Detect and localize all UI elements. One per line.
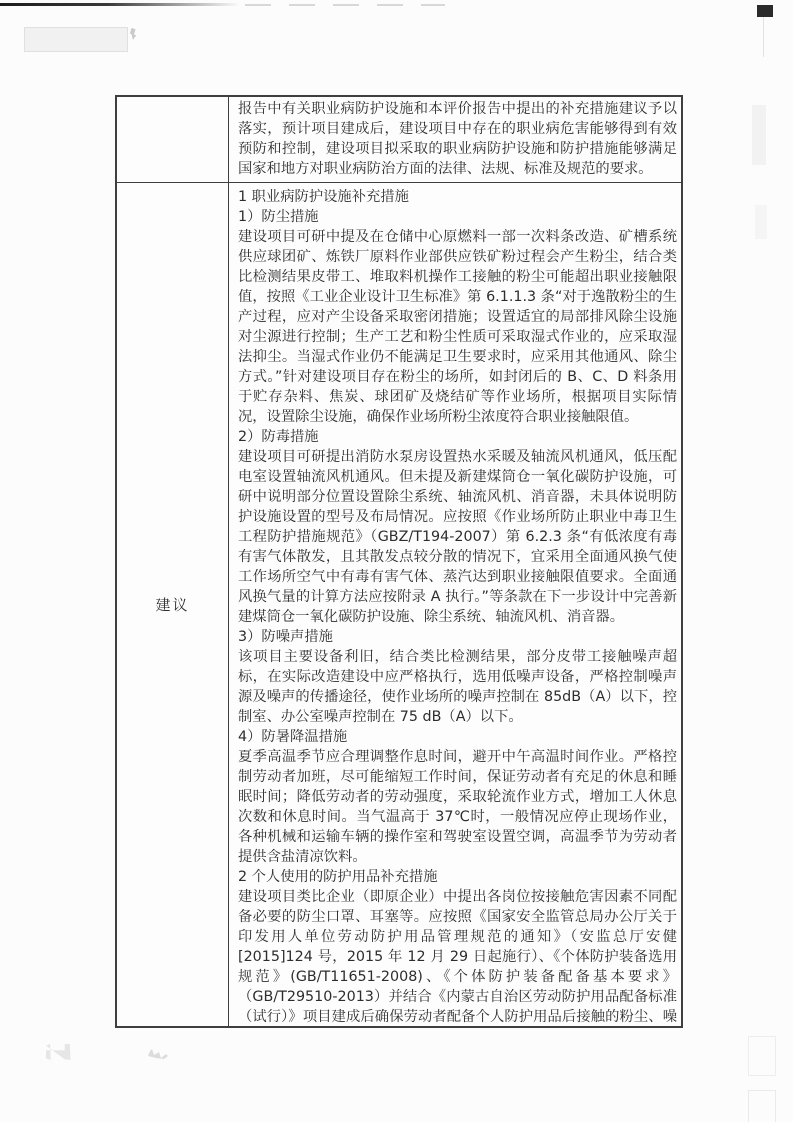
paragraph: 该项目主要设备利旧，结合类比检测结果，部分皮带工接触噪声超标，在实际改造建设中应…: [238, 647, 677, 727]
scan-smudge: [752, 105, 766, 165]
paragraph: 建设项目类比企业（即原企业）中提出各岗位按接触危害因素不同配备必要的防尘口罩、耳…: [238, 887, 677, 1026]
report-table: 报告中有关职业病防护设施和本评价报告中提出的补充措施建议予以落实，预计项目建成后…: [115, 95, 683, 1028]
scan-smudge-box: [748, 1090, 776, 1122]
registration-mark-tail: [763, 17, 764, 57]
scan-edge-line: [0, 3, 240, 6]
faded-stamp: [24, 27, 128, 52]
paragraph: 1）防尘措施: [238, 207, 677, 227]
faded-stamp-speck: [130, 28, 137, 40]
registration-square-mark: [757, 5, 773, 17]
paragraph: 1 职业病防护设施补充措施: [238, 187, 677, 207]
paragraph: 4）防暑降温措施: [238, 727, 677, 747]
paragraph: 2）防毒措施: [238, 427, 677, 447]
paragraph: 2 个人使用的防护用品补充措施: [238, 867, 677, 887]
scan-edge-line-faint: [245, 4, 445, 6]
scan-smudge: [755, 205, 767, 239]
table-row2-label-cell: 建议: [117, 183, 229, 1026]
row2-label-suggestion: 建议: [155, 594, 189, 615]
scan-smudge-box: [748, 1036, 776, 1076]
faded-page-number-smudge: [46, 1044, 80, 1060]
paragraph: 建设项目可研提出消防水泵房设置热水采暖及轴流风机通风，低压配电室设置轴流风机通风…: [238, 447, 677, 627]
paragraph: 夏季高温季节应合理调整作息时间，避开中午高温时间作业。严格控制劳动者加班，尽可能…: [238, 747, 677, 867]
paragraph: 3）防噪声措施: [238, 627, 677, 647]
conclusion-continuation-text: 报告中有关职业病防护设施和本评价报告中提出的补充措施建议予以落实，预计项目建成后…: [238, 99, 677, 179]
table-row1-content-cell: 报告中有关职业病防护设施和本评价报告中提出的补充措施建议予以落实，预计项目建成后…: [229, 97, 681, 183]
table-row2-content-cell: 1 职业病防护设施补充措施1）防尘措施建设项目可研中提及在仓储中心原燃料一部一次…: [229, 183, 681, 1026]
faded-footer-smudge: [148, 1049, 168, 1059]
scanned-document-page: 报告中有关职业病防护设施和本评价报告中提出的补充措施建议予以落实，预计项目建成后…: [0, 0, 793, 1122]
paragraph: 建设项目可研中提及在仓储中心原燃料一部一次料条改造、矿槽系统供应球团矿、炼铁厂原…: [238, 227, 677, 427]
table-row1-label-cell: [117, 97, 229, 183]
